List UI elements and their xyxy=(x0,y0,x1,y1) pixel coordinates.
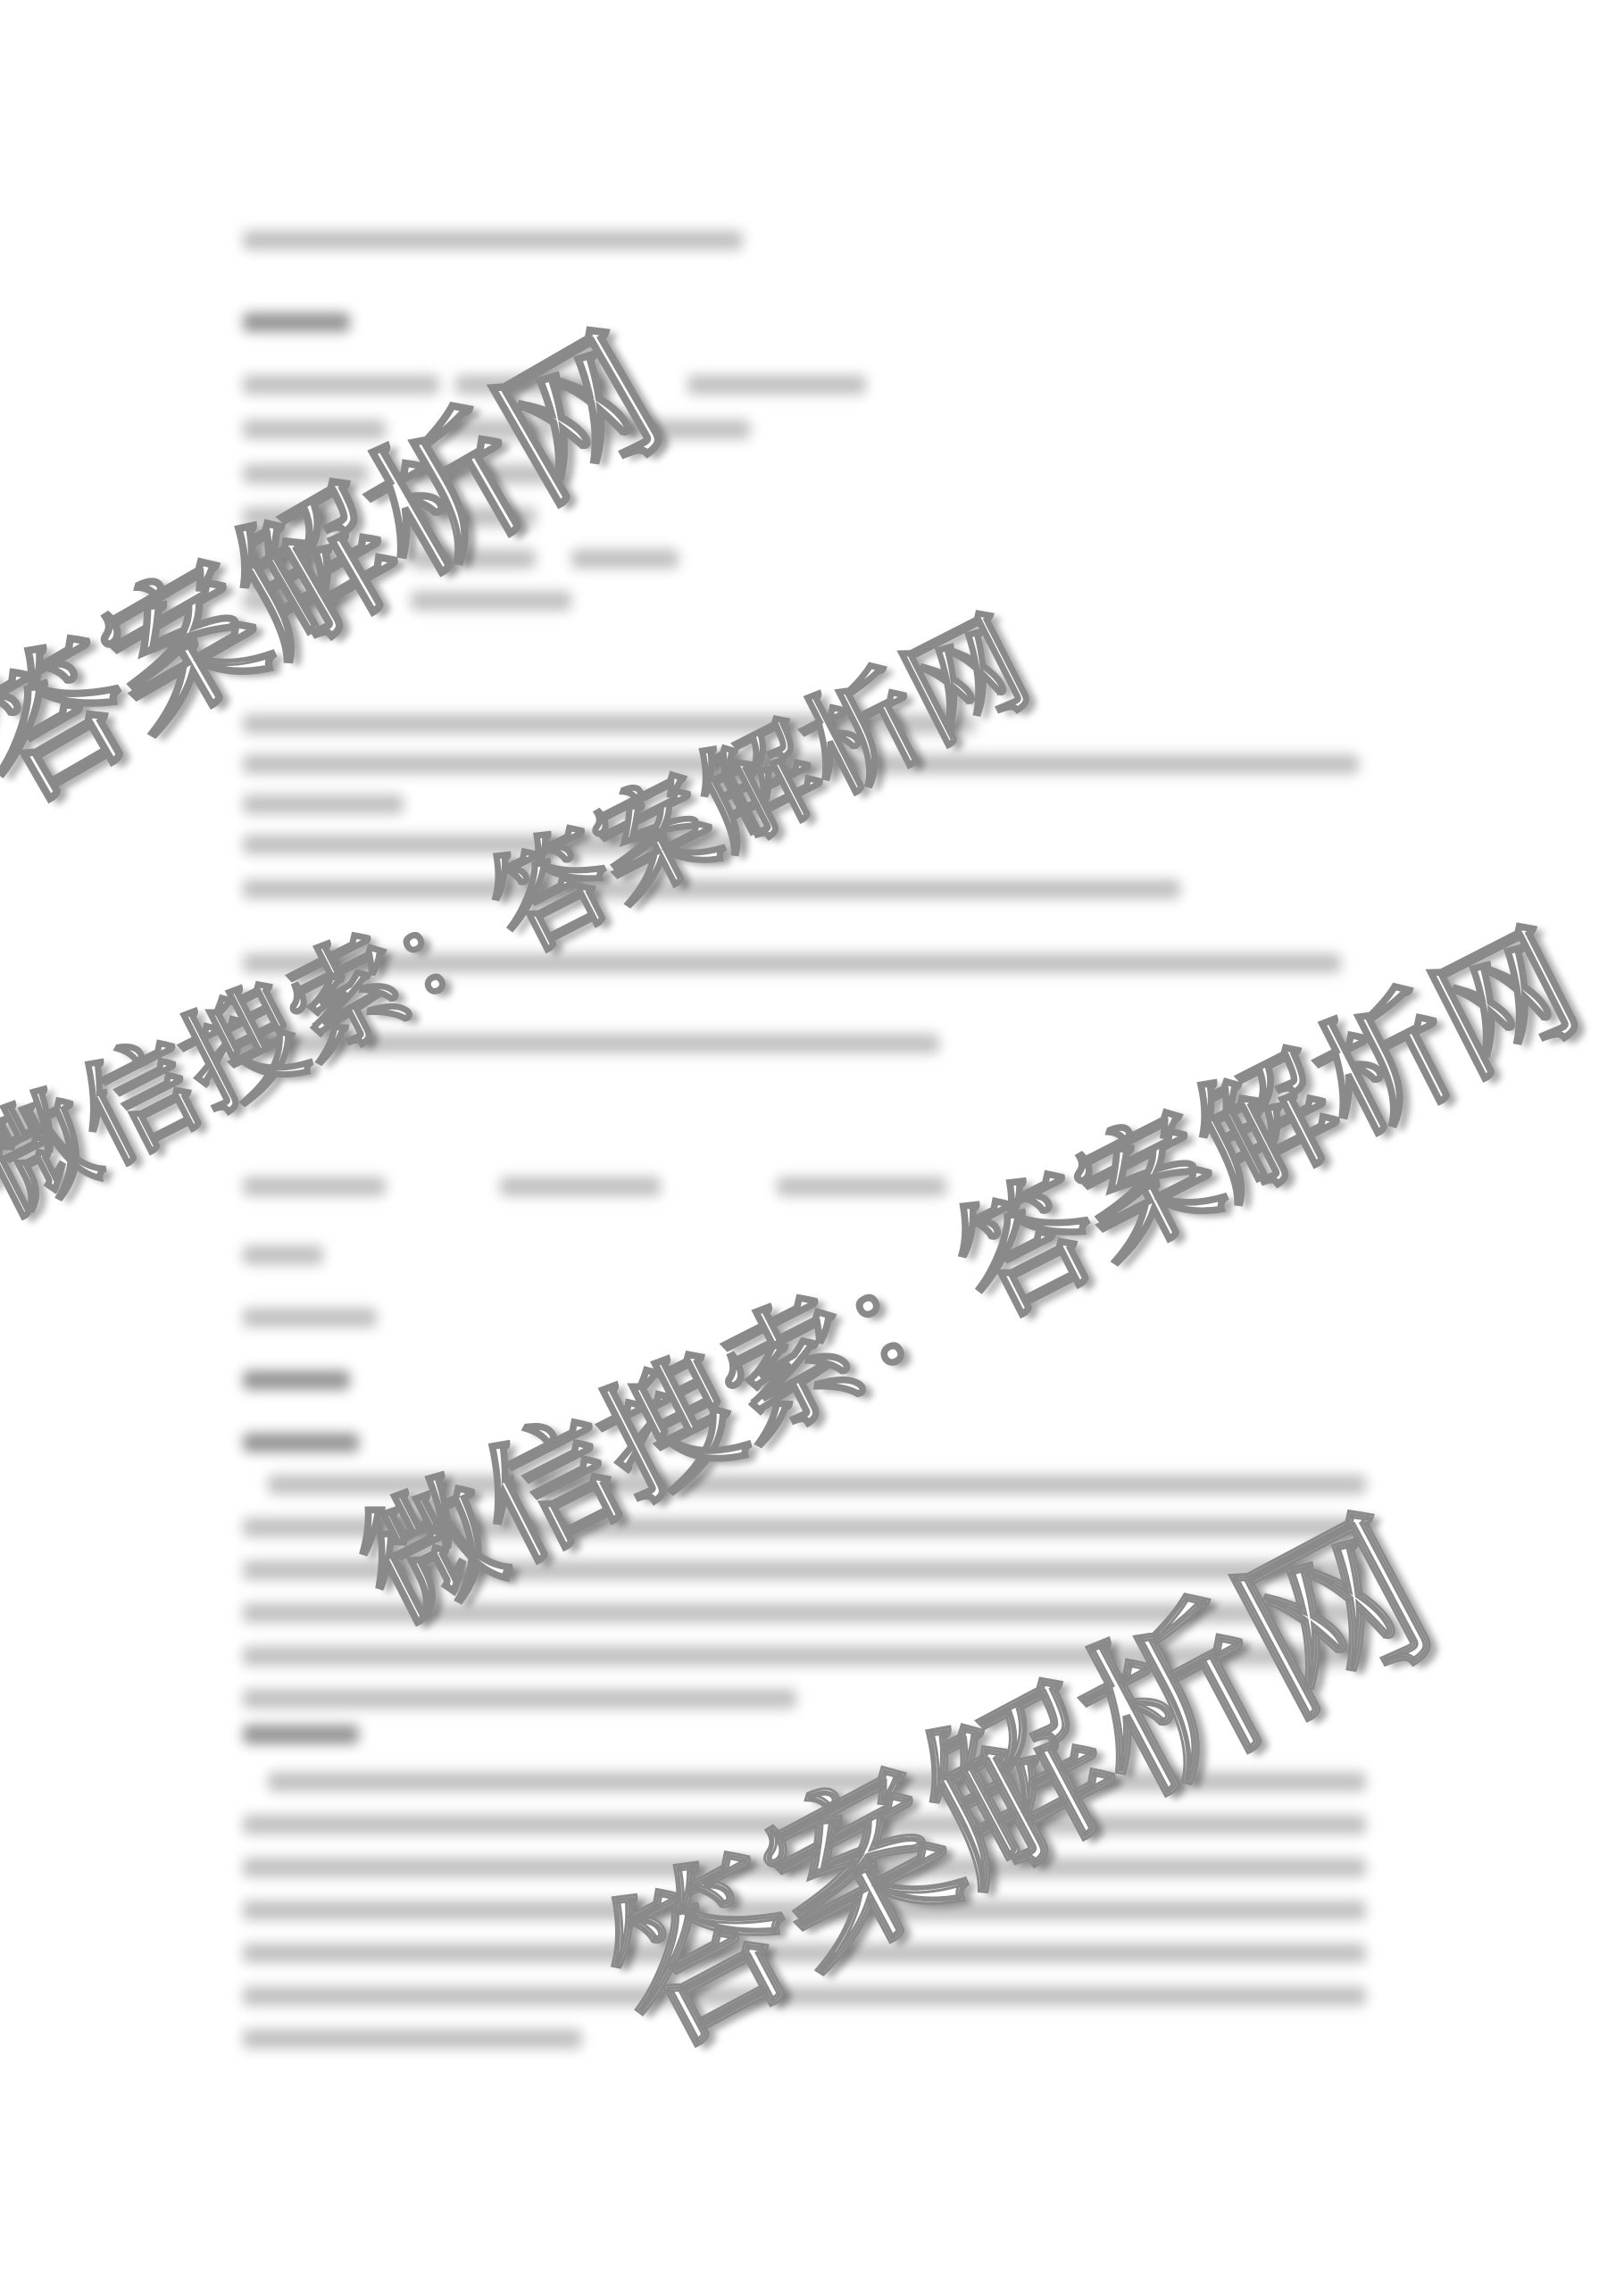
blurred-text-line xyxy=(243,1689,796,1709)
blurred-text-line xyxy=(243,1433,359,1452)
blurred-text-line xyxy=(243,1370,350,1390)
blurred-text-line xyxy=(243,312,350,332)
watermark: 微信搜索：答案解析网 xyxy=(323,878,1604,1657)
blurred-text-line xyxy=(243,230,743,250)
blurred-text-line xyxy=(243,1245,323,1265)
blurred-text-line xyxy=(243,1308,377,1327)
blurred-text-line xyxy=(687,375,866,395)
document-page: 答案解析网 微信搜索：答案解析网 微信搜索：答案解析网 答案解析网 xyxy=(0,0,1624,2296)
blurred-text-line xyxy=(571,549,679,569)
blurred-text-line xyxy=(243,2029,582,2049)
blurred-text-line xyxy=(243,1725,359,1744)
blurred-text-line xyxy=(243,1177,386,1196)
blurred-text-line xyxy=(243,794,404,814)
blurred-text-line xyxy=(500,1177,661,1196)
